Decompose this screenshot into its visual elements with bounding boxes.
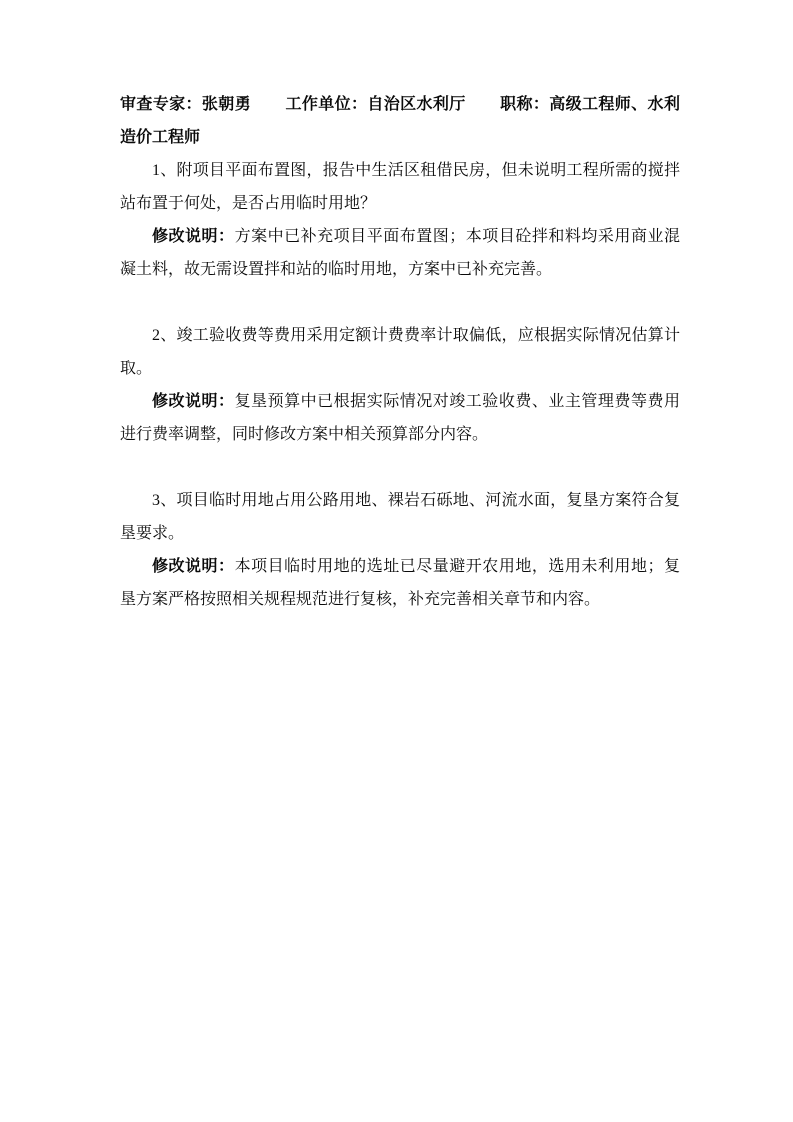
revision-note-3-label: 修改说明： <box>152 558 235 575</box>
revision-note-2: 修改说明：复垦预算中已根据实际情况对竣工验收费、业主管理费等费用进行费率调整，同… <box>120 385 680 451</box>
revision-note-3: 修改说明：本项目临时用地的选址已尽量避开农用地，选用未利用地；复垦方案严格按照相… <box>120 550 680 616</box>
document-content: 审查专家：张朝勇工作单位：自治区水利厅职称：高级工程师、水利造价工程师 1、附项… <box>120 88 680 616</box>
section-spacer <box>120 451 680 484</box>
document-page: 审查专家：张朝勇工作单位：自治区水利厅职称：高级工程师、水利造价工程师 1、附项… <box>0 0 793 1122</box>
review-item-3-text: 3、项目临时用地占用公路用地、裸岩石砾地、河流水面，复垦方案符合复垦要求。 <box>120 492 680 542</box>
review-item-1: 1、附项目平面布置图，报告中生活区租借民房，但未说明工程所需的搅拌站布置于何处，… <box>120 154 680 220</box>
review-item-1-text: 1、附项目平面布置图，报告中生活区租借民房，但未说明工程所需的搅拌站布置于何处，… <box>120 162 680 212</box>
revision-note-1: 修改说明：方案中已补充项目平面布置图；本项目砼拌和料均采用商业混凝土料，故无需设… <box>120 220 680 286</box>
revision-note-1-label: 修改说明： <box>152 228 235 245</box>
review-item-2: 2、竣工验收费等费用采用定额计费费率计取偏低，应根据实际情况估算计取。 <box>120 319 680 385</box>
review-item-2-text: 2、竣工验收费等费用采用定额计费费率计取偏低，应根据实际情况估算计取。 <box>120 327 680 377</box>
reviewer-name: 张朝勇 <box>202 96 251 113</box>
job-title-label: 职称： <box>500 96 550 113</box>
reviewer-info-line: 审查专家：张朝勇工作单位：自治区水利厅职称：高级工程师、水利造价工程师 <box>120 88 680 154</box>
review-item-3: 3、项目临时用地占用公路用地、裸岩石砾地、河流水面，复垦方案符合复垦要求。 <box>120 484 680 550</box>
reviewer-label: 审查专家： <box>120 96 202 113</box>
revision-note-2-label: 修改说明： <box>152 393 235 410</box>
work-unit-value: 自治区水利厅 <box>367 96 465 113</box>
work-unit-label: 工作单位： <box>285 96 367 113</box>
section-spacer <box>120 286 680 319</box>
